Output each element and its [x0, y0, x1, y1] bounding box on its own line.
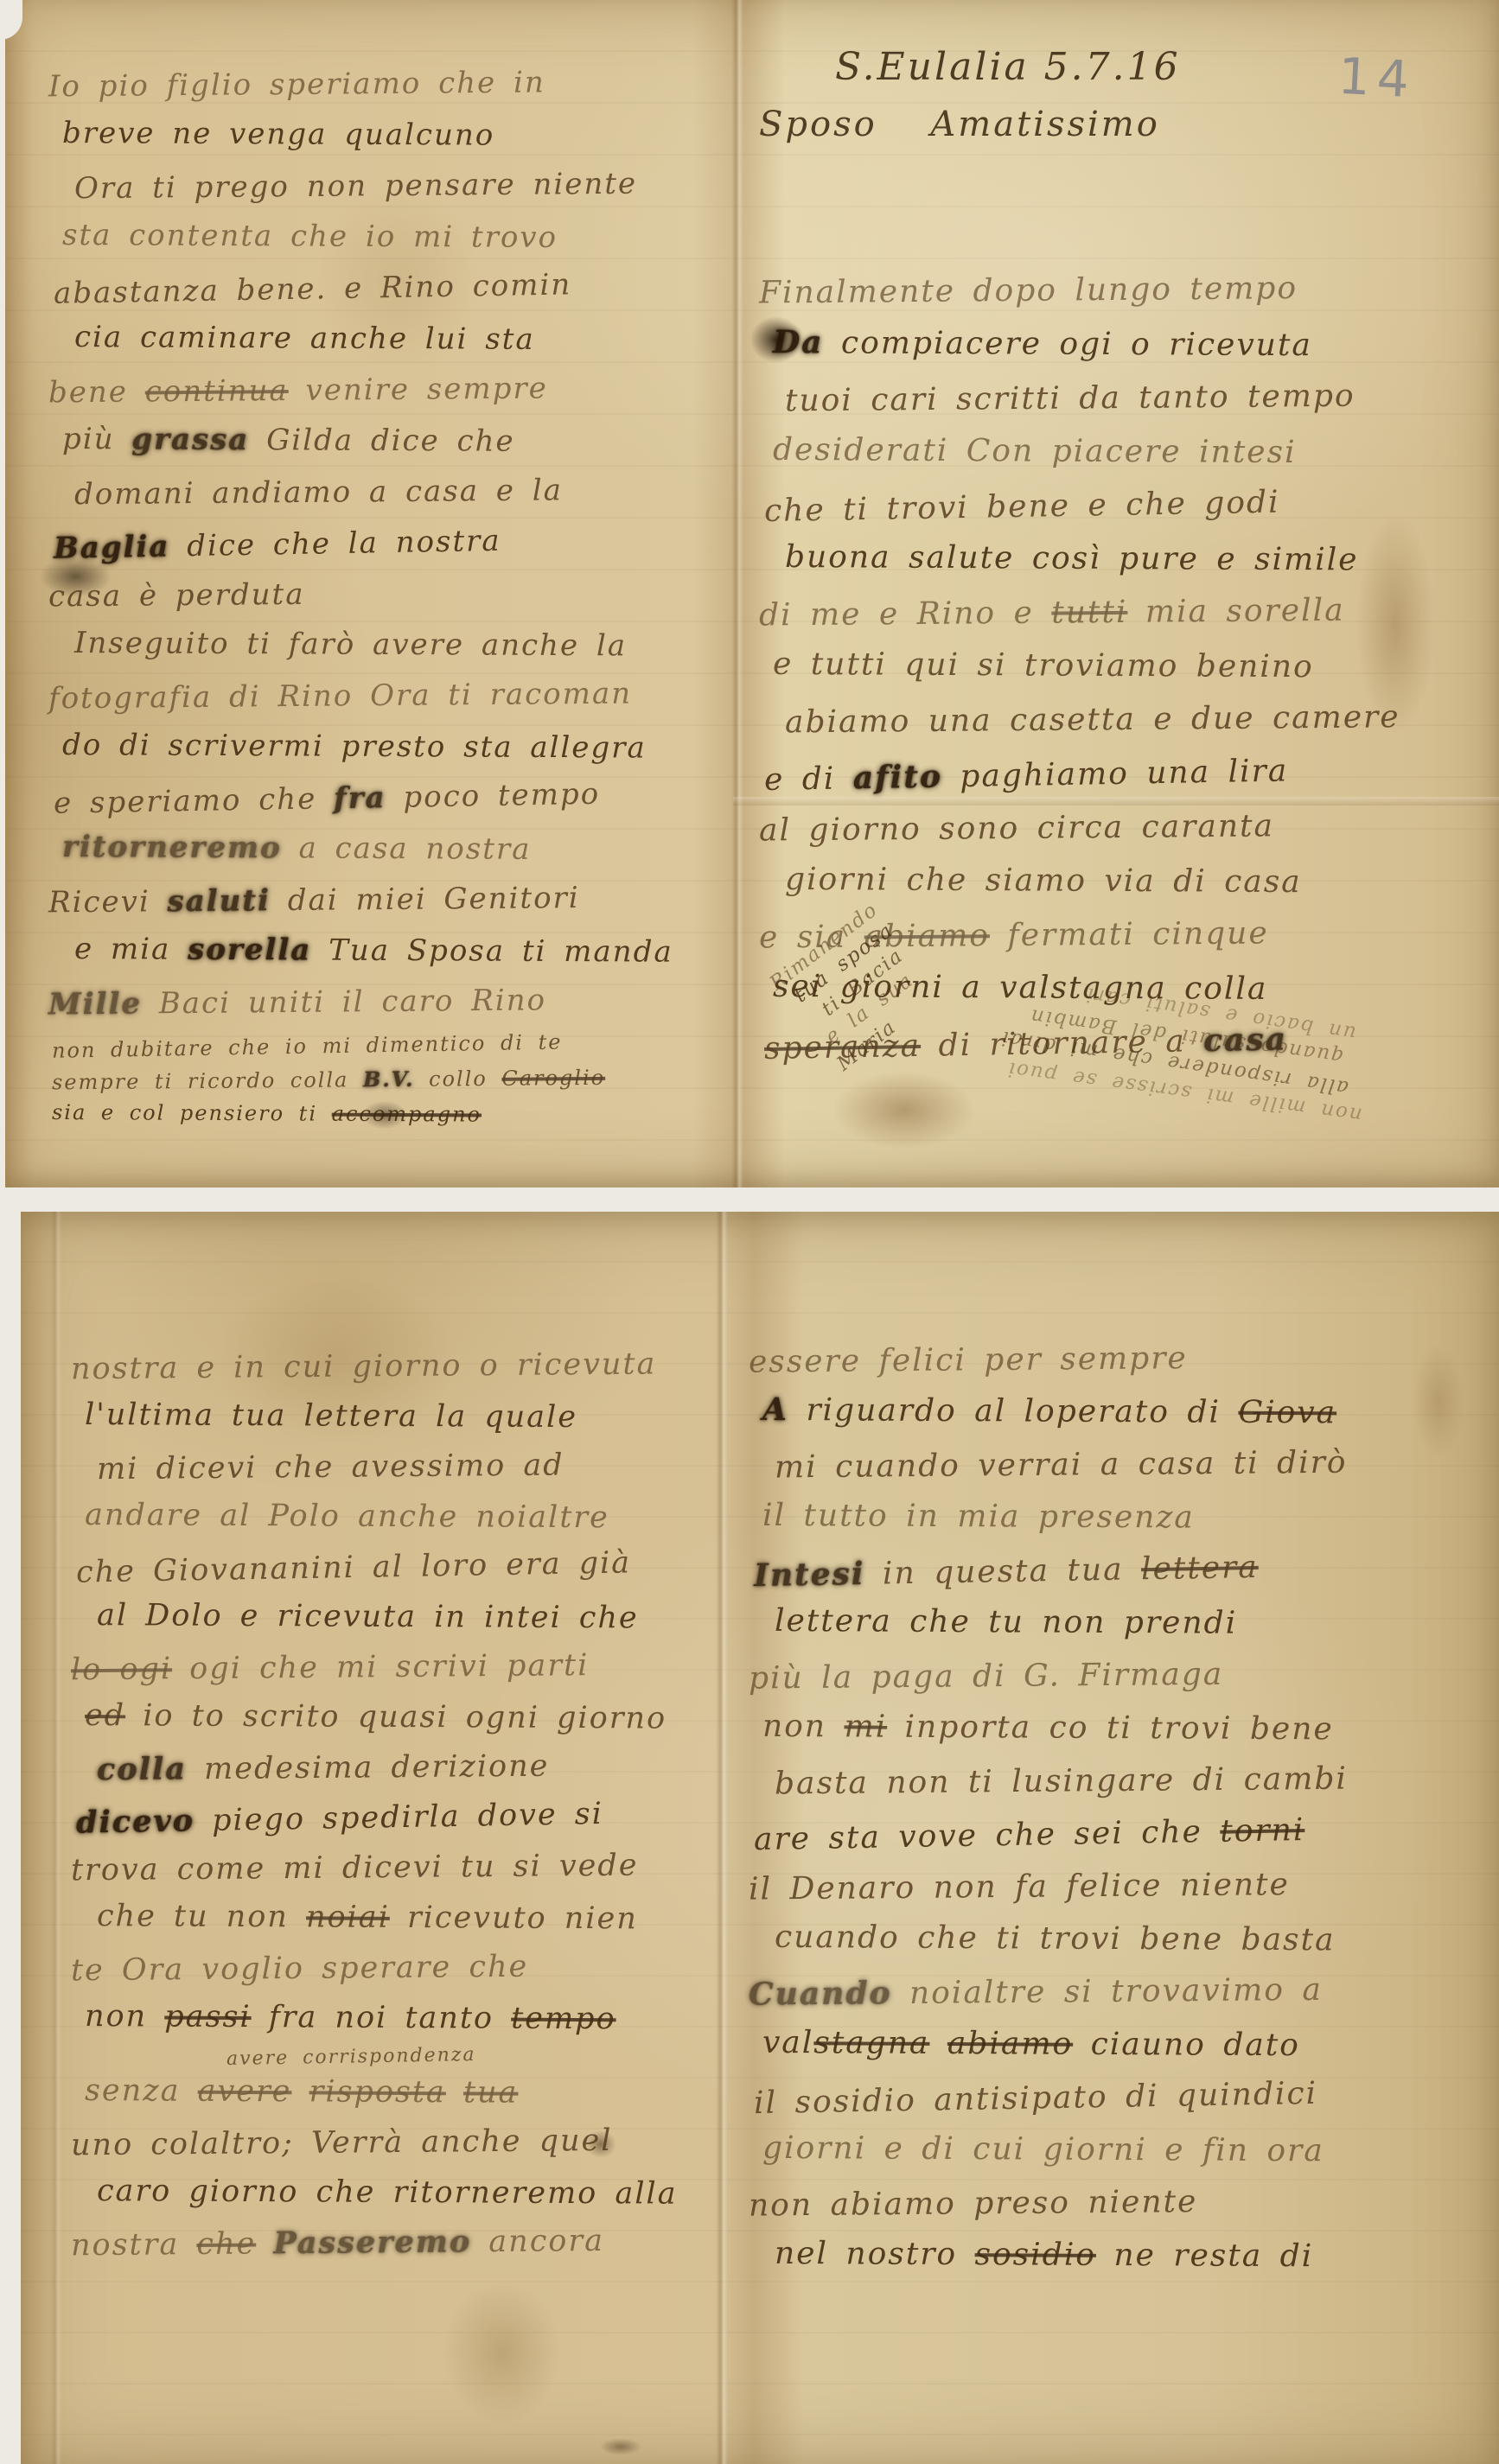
handwriting-line: il Denaro non fa felice niente: [749, 1856, 1458, 1915]
paper-stain: [420, 2253, 584, 2452]
handwriting-line: più grassa Gilda dice che: [62, 414, 726, 468]
handwriting-line: Inseguito ti farò avere anche la: [74, 618, 726, 672]
handwriting-line: di me e Rino e tutti mia sorella: [759, 583, 1462, 642]
handwriting-line: sta contenta che io mi trovo: [62, 210, 726, 264]
handwriting-line: Io pio figlio speriamo che in: [48, 56, 726, 113]
handwriting-line: A riguardo al loperato di Giova: [762, 1384, 1458, 1440]
handwriting-line: non passi fra noi tanto tempo: [85, 1991, 728, 2045]
letter-page-1: Io pio figlio speriamo che inbreve ne ve…: [5, 0, 1499, 1187]
handwriting-line: mi cuando verrai a casa ti dirò: [775, 1436, 1458, 1494]
handwriting-line: cuando che ti trovi bene basta: [775, 1911, 1458, 1967]
handwriting-line: il tutto in mia presenza: [762, 1489, 1458, 1545]
center-fold-crease: [731, 0, 743, 1187]
handwriting-line: sia e col pensiero ti accompagno: [52, 1095, 726, 1133]
handwriting-line: che tu non noiai ricevuto nien: [97, 1891, 728, 1945]
handwriting-line: Da compiacere ogi o ricevuta: [773, 315, 1461, 373]
handwriting-line: e mia sorella Tua Sposa ti manda: [74, 924, 726, 978]
left-fold-crease: [50, 1212, 62, 2464]
handwriting-line: mi dicevi che avessimo ad: [97, 1439, 728, 1494]
handwriting-line: Baglia dice che la nostra: [54, 512, 727, 575]
letter-scan: Io pio figlio speriamo che inbreve ne ve…: [0, 0, 1499, 2464]
handwriting-line: e di afito paghiamo una lira: [764, 741, 1462, 807]
ink-spot: [593, 2435, 648, 2458]
page2-right-column: essere felici per sempreA riguardo al lo…: [749, 1333, 1458, 2282]
letter-page-2: nostra e in cui giorno o ricevutal'ultim…: [21, 1212, 1499, 2464]
handwriting-line: che ti trovi bene e che godi: [764, 473, 1462, 538]
handwriting-line: nostra e in cui giorno o ricevuta: [71, 1339, 728, 1395]
handwriting-line: nel nostro sosidio ne resta di: [775, 2227, 1458, 2283]
handwriting-line: nostra che Passeremo ancora: [71, 2215, 728, 2271]
handwriting-line: il sosidio antisipato di quindici: [754, 2065, 1458, 2130]
handwriting-line: basta non ti lusingare di cambi: [775, 1752, 1458, 1811]
handwriting-line: al giorno sono circa caranta: [759, 798, 1462, 857]
salutation: Sposo Amatissimo: [759, 105, 1461, 144]
handwriting-line: uno colaltro; Verrà anche quel: [71, 2115, 728, 2171]
handwriting-line: tuoi cari scritti da tanto tempo: [785, 369, 1462, 429]
handwriting-line: al Dolo e ricevuta in intei che: [97, 1590, 728, 1644]
handwriting-line: giorni e di cui giorni e fin ora: [762, 2122, 1458, 2178]
handwriting-line: Ora ti prego non pensare niente: [74, 158, 726, 215]
handwriting-line: fotografia di Rino Ora ti racoman: [48, 668, 726, 725]
handwriting-line: domani andiamo a casa e la: [74, 464, 726, 521]
handwriting-line: are sta vove che sei che torni: [754, 1801, 1458, 1866]
handwriting-line: Cuando noialtre si trovavimo a: [749, 1962, 1458, 2021]
handwriting-line: lettera che tu non prendi: [775, 1595, 1458, 1651]
handwriting-line: trova come mi dicevi tu si vede: [71, 1840, 728, 1896]
handwriting-line: e speriamo che fra poco tempo: [54, 767, 727, 830]
handwriting-line: te Ora voglio sperare che: [71, 1940, 728, 1996]
page1-left-column: Io pio figlio speriamo che inbreve ne ve…: [48, 59, 726, 1131]
handwriting-line: lo ogi ogi che mi scrivi parti: [71, 1639, 728, 1696]
handwriting-line: abastanza bene. e Rino comin: [54, 257, 727, 320]
handwriting-line: buona salute così pure e simile: [785, 531, 1461, 588]
handwriting-line: dicevo piego spedirla dove si: [76, 1786, 729, 1848]
handwriting-line: breve ne venga qualcuno: [62, 108, 726, 162]
handwriting-line: ed io to scrito quasi ogni giorno: [85, 1690, 728, 1744]
handwriting-line: bene continua venire sempre: [48, 362, 726, 419]
handwriting-line: desiderati Con piacere intesi: [773, 423, 1461, 481]
handwriting-line: do di scrivermi presto sta allegra: [62, 720, 726, 774]
handwriting-line: Intesi in questa tua lettera: [754, 1538, 1458, 1602]
handwriting-line: abiamo una casetta e due camere: [785, 691, 1462, 750]
handwriting-line: l'ultima tua lettera la quale: [85, 1390, 728, 1443]
handwriting-line: Ricevi saluti dai miei Genitori: [48, 872, 726, 929]
handwriting-line: Finalmente dopo lungo tempo: [759, 260, 1462, 320]
handwriting-line: ritorneremo a casa nostra: [62, 822, 726, 876]
handwriting-line: senza avere risposta tua: [85, 2066, 728, 2119]
handwriting-line: caro giorno che ritorneremo alla: [97, 2166, 728, 2219]
handwriting-line: essere felici per sempre: [749, 1329, 1458, 1388]
handwriting-line: sempre ti ricordo colla B.V. collo Carog…: [52, 1060, 726, 1100]
handwriting-line: che Giovananini al loro era già: [76, 1536, 729, 1597]
handwriting-line: colla medesima derizione: [97, 1740, 728, 1795]
handwriting-line: andare al Polo anche noialtre: [85, 1490, 728, 1544]
handwriting-line: valstagna abiamo ciauno dato: [762, 2016, 1458, 2072]
page2-left-column: nostra e in cui giorno o ricevutal'ultim…: [71, 1341, 728, 2268]
pencil-page-number: 14: [1336, 47, 1417, 110]
handwriting-line: Mille Baci uniti il caro Rino: [48, 974, 726, 1031]
handwriting-line: cia caminare anche lui sta: [74, 312, 726, 366]
handwriting-line: più la paga di G. Firmaga: [749, 1646, 1458, 1704]
handwriting-line: e tutti qui si troviamo benino: [773, 638, 1461, 695]
handwriting-line: non abiamo preso niente: [749, 2173, 1458, 2232]
handwriting-line: casa è perduta: [48, 566, 726, 623]
handwriting-line: non mi inporta co ti trovi bene: [762, 1700, 1458, 1756]
